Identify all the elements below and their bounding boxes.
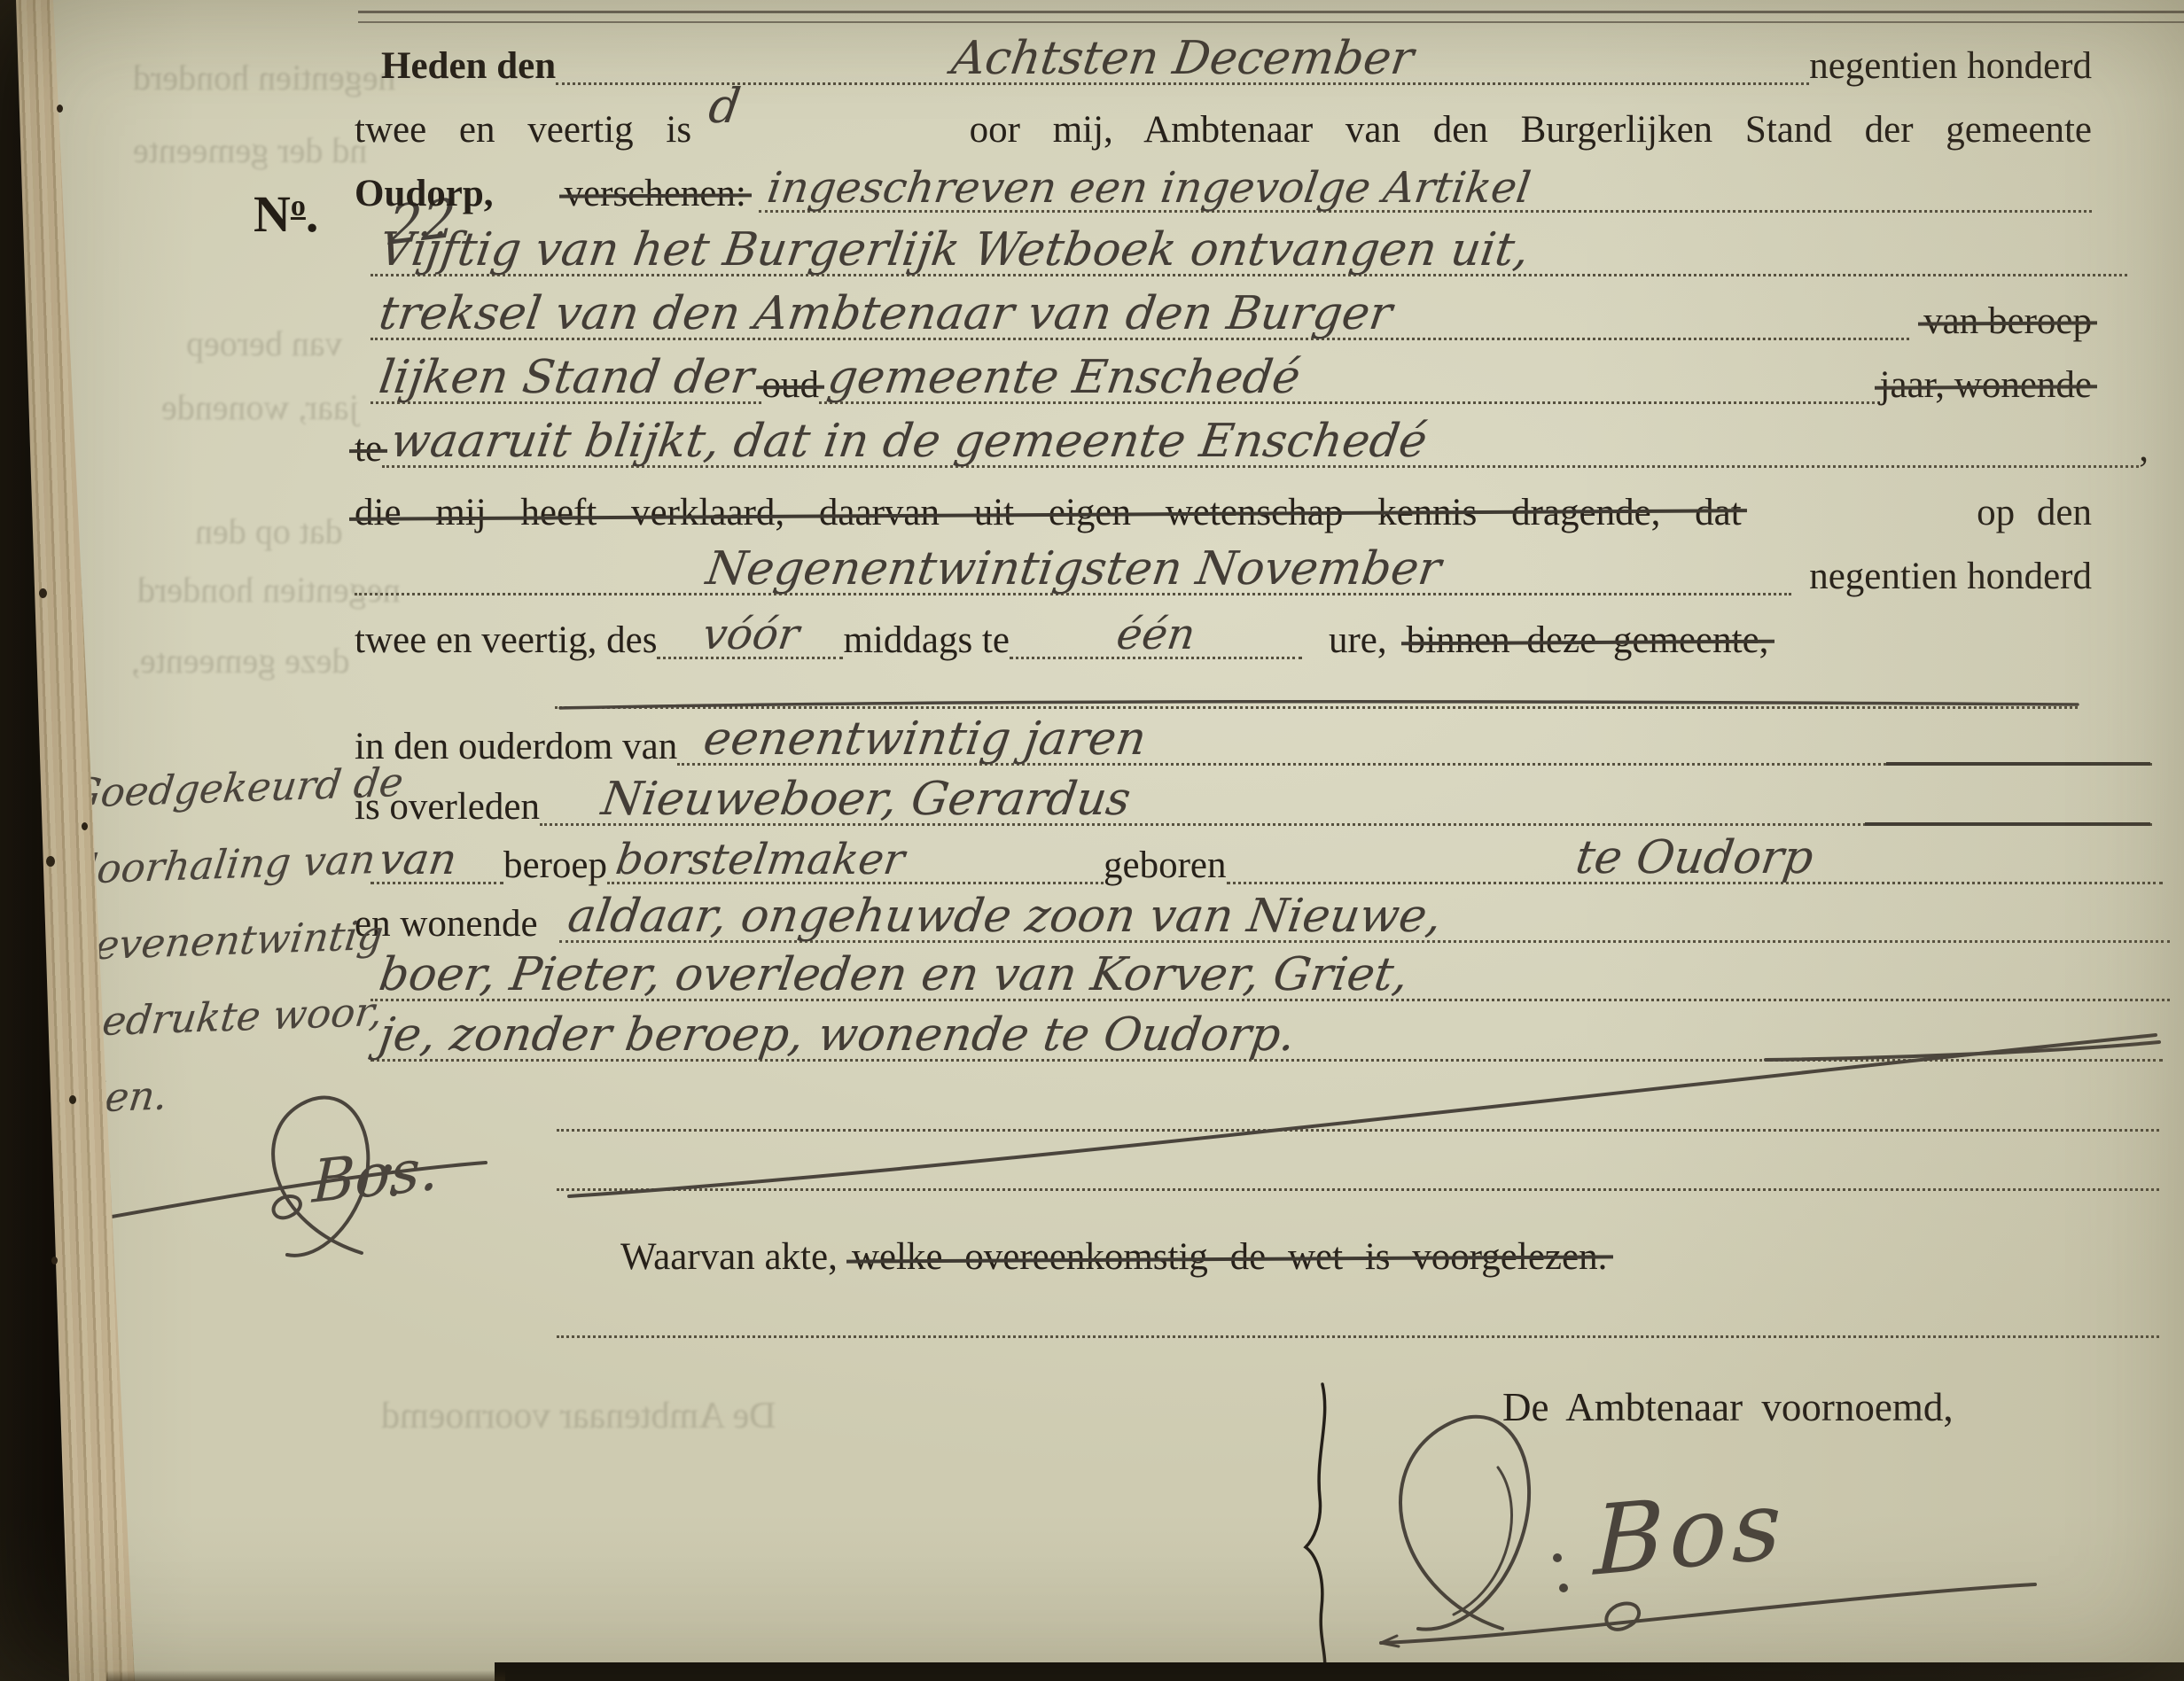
fill-in-rule: Vijftig van het Burgerlijk Wetboek ontva…	[370, 230, 2127, 276]
printed-text: middags te	[843, 621, 1010, 659]
margin-note-line: gedrukte woor,	[73, 972, 436, 1061]
act-line-7: te waaruit blijkt, dat in de gemeente En…	[355, 416, 2149, 468]
act-line-14: en wonende aldaar, ongehuwde zoon van Ni…	[355, 891, 2170, 943]
printed-text-struck: welke overeenkomstig de wet is voorgelez…	[852, 1238, 1608, 1276]
act-line-11: in den ouderdom van eenentwintig jaren	[355, 714, 2152, 766]
handwritten-entry: ingeschreven een ingevolge Artikel	[756, 169, 1542, 210]
handwritten-entry: Vijftig van het Burgerlijk Wetboek ontva…	[368, 230, 1540, 274]
act-line-16: je, zonder beroep, wonende te Oudorp.	[370, 1010, 2163, 1062]
margin-approval-note: Goedgekeurd de doorhaling van zevenentwi…	[68, 743, 436, 1137]
printed-text: twee en veertig, des	[355, 621, 657, 659]
fill-in-rule: ingeschreven een ingevolge Artikel	[759, 169, 2092, 213]
fill-in-rule: Nieuweboer, Gerardus	[540, 779, 2152, 826]
fill-in-rule: lijken Stand der	[370, 357, 761, 404]
blank-rule	[557, 1188, 2159, 1191]
act-line-12: is overleden Nieuweboer, Gerardus	[355, 774, 2152, 826]
fill-in-rule: eenentwintig jaren	[677, 719, 2152, 766]
bleedthrough-text: negentien honderd	[133, 57, 396, 98]
act-line-2: twee en veertig is oor mij, Ambtenaar va…	[355, 97, 2092, 149]
fill-in-rule: boer, Pieter, overleden en van Korver, G…	[370, 954, 2170, 1001]
blank-rule	[557, 1129, 2159, 1132]
printed-text: negentien honderd	[1809, 557, 2092, 595]
bleedthrough-text: deze gemeente,	[131, 640, 350, 681]
paper-speck	[46, 856, 55, 867]
fill-in-rule: waaruit blijkt, dat in de gemeente Ensch…	[382, 421, 2139, 468]
margin-note-line: zevenentwintig	[70, 896, 433, 984]
handwritten-entry: je, zonder beroep, wonende te Oudorp.	[368, 1015, 1307, 1059]
top-double-rule	[358, 11, 2184, 23]
fill-in-rule: borstelmaker	[607, 841, 1104, 884]
fill-in-rule: één	[1010, 616, 1302, 659]
bleedthrough-text: van beroep	[186, 323, 343, 364]
paper-speck	[39, 588, 47, 598]
act-line-6: lijken Stand der oud gemeente Enschedé j…	[370, 353, 2092, 404]
handwritten-entry: aldaar, ongehuwde zoon van Nieuwe,	[556, 896, 1453, 940]
handwritten-entry: één	[1105, 616, 1206, 657]
fill-in-rule: treksel van den Ambtenaar van den Burger	[370, 293, 1909, 340]
handwritten-correction-d: d	[697, 85, 752, 131]
official-signature-text: Bos	[1593, 1469, 1787, 1598]
fill-in-rule: te Oudorp	[1227, 837, 2164, 884]
fill-in-rule: vóór	[657, 616, 843, 659]
act-line-10: twee en veertig, des vóór middags te één…	[355, 608, 2092, 659]
paper-speck	[82, 822, 88, 830]
act-line-1: Heden den Achtsten December negentien ho…	[381, 34, 2092, 85]
printed-text: Heden den	[381, 47, 556, 85]
printed-text-struck: oud	[761, 366, 819, 404]
margin-signature-text: Bos.	[311, 1134, 440, 1217]
printed-text: beroep	[503, 846, 607, 884]
official-signature-e-loop	[1606, 1603, 1639, 1629]
section-separator-rule	[555, 706, 2078, 709]
handwritten-entry: lijken Stand der	[368, 357, 765, 401]
pen-dash-filler	[1886, 762, 2150, 766]
handwritten-birthplace: te Oudorp	[1564, 837, 1825, 882]
scan-bottom-shadow	[106, 1670, 505, 1681]
official-signature-loop	[1400, 1417, 1529, 1630]
act-line-9: Negenentwintigsten November negentien ho…	[355, 544, 2092, 595]
handwritten-date: Achtsten December	[940, 38, 1425, 82]
death-certificate-scan: negentien honderd nd der gemeente van be…	[0, 0, 2184, 1681]
official-signature-underline-hook	[1381, 1636, 1399, 1646]
handwritten-parents: boer, Pieter, overleden en van Korver, G…	[368, 954, 1420, 999]
handwritten-entry: vóór	[690, 616, 809, 657]
act-line-4: Vijftig van het Burgerlijk Wetboek ontva…	[370, 225, 2127, 276]
paper-speck	[69, 1095, 76, 1104]
handwritten-date: Negenentwintigsten November	[694, 549, 1452, 593]
act-line-13: van beroep borstelmaker geboren te Oudor…	[370, 833, 2163, 884]
handwritten-occupation: borstelmaker	[604, 841, 916, 882]
act-number-label: No.	[253, 184, 318, 244]
printed-text: twee en veertig is	[355, 111, 691, 149]
printed-text-struck: van beroep	[1923, 302, 2092, 340]
printed-text-struck: verschenen:	[565, 175, 746, 213]
printed-text-struck: die mij heeft verklaard, daarvan uit eig…	[355, 494, 1742, 532]
handwritten-deceased-name: Nieuweboer, Gerardus	[536, 779, 1142, 823]
blank-rule	[557, 1335, 2159, 1338]
handwritten-entry: waaruit blijkt, dat in de gemeente Ensch…	[379, 421, 1439, 465]
act-line-15: boer, Pieter, overleden en van Korver, G…	[370, 950, 2170, 1001]
printed-text-struck: jaar, wonende	[1880, 366, 2092, 404]
fill-in-rule: aldaar, ongehuwde zoon van Nieuwe,	[559, 896, 2170, 943]
paper-speck	[57, 105, 63, 113]
handwritten-entry: gemeente Enschedé	[815, 357, 1311, 401]
printed-text: Waarvan akte,	[620, 1238, 838, 1276]
printed-text: ure,	[1329, 621, 1387, 659]
printed-text: ,	[2139, 430, 2149, 468]
act-line-8: die mij heeft verklaard, daarvan uit eig…	[355, 480, 2092, 532]
official-signature-inner-loop	[1454, 1467, 1511, 1615]
pen-dash-filler	[1865, 822, 2150, 826]
fill-in-rule: je, zonder beroep, wonende te Oudorp.	[370, 1015, 2163, 1062]
paper-speck	[51, 1257, 58, 1265]
printed-text: op den	[1977, 494, 2092, 532]
margin-note-line: Goedgekeurd de	[65, 743, 428, 832]
printed-text-struck: te	[355, 430, 382, 468]
scan-bottom-edge	[495, 1662, 2184, 1681]
official-title: De Ambtenaar voornoemd,	[1502, 1384, 1954, 1430]
closing-line: Waarvan akte, welke overeenkomstig de we…	[620, 1225, 1607, 1276]
act-line-3: Oudorp, verschenen: ingeschreven een ing…	[355, 161, 2092, 213]
handwritten-entry: treksel van den Ambtenaar van den Burger	[368, 293, 1404, 338]
bleedthrough-text: dat op den	[195, 510, 343, 552]
fill-in-rule: Negenentwintigsten November	[355, 549, 1791, 595]
printed-text: negentien honderd	[1809, 47, 2092, 85]
printed-text: oor mij, Ambtenaar van den Burgerlijken …	[970, 111, 2092, 149]
handwritten-age: eenentwintig jaren	[675, 719, 1158, 763]
bleedthrough-text: De Ambtenaar voornoemd	[381, 1395, 776, 1437]
bleedthrough-text: jaar, wonende	[161, 386, 359, 428]
official-signature-underline	[1381, 1584, 2035, 1643]
act-line-5: treksel van den Ambtenaar van den Burger…	[370, 289, 2092, 340]
margin-signature-e-loop	[274, 1196, 300, 1218]
margin-note-line: doorhaling van	[67, 820, 431, 908]
printed-text: geboren	[1104, 846, 1227, 884]
printed-text: Oudorp,	[355, 175, 494, 213]
printed-text-struck: binnen deze gemeente,	[1407, 621, 1769, 659]
closing-brace-icon	[1306, 1384, 1325, 1677]
bleedthrough-text: nd der gemeente	[133, 129, 367, 171]
margin-note-line: den.	[75, 1048, 439, 1137]
fill-in-rule: gemeente Enschedé	[819, 357, 1880, 404]
